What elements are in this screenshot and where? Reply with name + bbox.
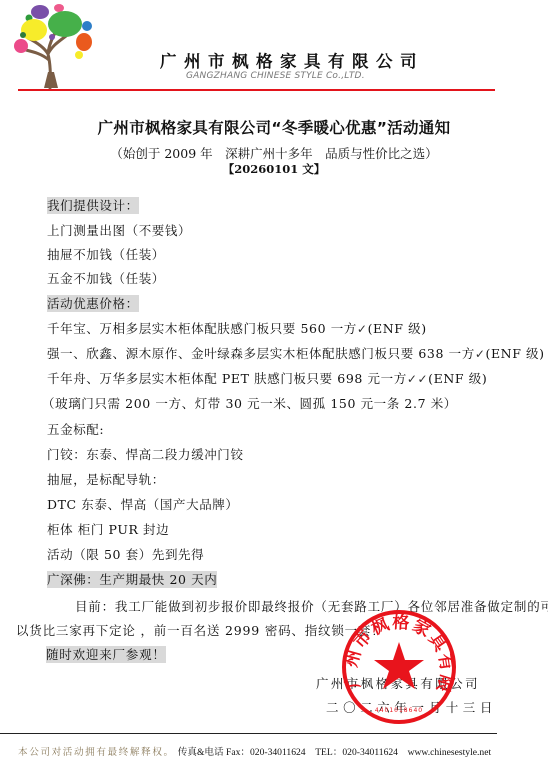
tree-logo-icon <box>14 2 92 90</box>
design-heading: 我们提供设计： <box>47 196 139 214</box>
price-item: 千年宝、万相多层实木柜体配肤感门板只要 560 一方✓(ENF 级) <box>47 319 427 337</box>
design-item: 上门测量出图（不要钱） <box>47 221 191 239</box>
design-item: 抽屉不加钱（任装） <box>47 245 165 263</box>
hardware-item: 抽屉，是标配导轨： <box>47 470 165 488</box>
hardware-item: 门铰：东泰、悍高二段力缓冲门铰 <box>47 445 244 463</box>
footer-disclaimer: 本公司对活动拥有最终解释权。 <box>18 747 175 758</box>
hardware-item: DTC 东泰、悍高（国产大品牌） <box>47 495 239 513</box>
header-divider <box>18 89 495 91</box>
notice-title: 广州市枫格家具有限公司“冬季暖心优惠”活动通知 <box>0 116 548 138</box>
closing-paragraph: 以货比三家再下定论 ，前一百名送 2999 密码、指纹锁一套！ <box>16 621 385 639</box>
footer: 本公司对活动拥有最终解释权。 传真&电话 Fax：020-34011624 TE… <box>18 744 491 758</box>
price-item: 千年舟、万华多层实木柜体配 PET 肤感门板只要 698 元一方✓✓(ENF 级… <box>47 369 487 387</box>
hardware-item: 活动（限 50 套）先到先得 <box>47 545 204 563</box>
footer-contact: 传真&电话 Fax：020-34011624 TEL：020-34011624 … <box>178 747 491 758</box>
company-name-en: GANGZHANG CHINESE STYLE Co.,LTD. <box>186 71 365 81</box>
closing-paragraph: 目前：我工厂能做到初步报价即最终报价（无套路工厂）各位邻居准备做定制的可 <box>75 597 548 615</box>
closing-welcome: 随时欢迎来厂参观！ <box>46 645 166 663</box>
notice-subtitle: （始创于 2009 年 深耕广州十多年 品质与性价比之选） <box>0 144 548 162</box>
doc-number: 【20260101 文】 <box>0 161 548 177</box>
hardware-heading: 五金标配: <box>47 420 104 438</box>
delivery-note: 广深佛：生产期最快 20 天内 <box>47 570 217 588</box>
price-note: （玻璃门只需 200 一方、灯带 30 元一米、圆孤 150 元一条 2.7 米… <box>42 394 457 412</box>
company-seal-icon: 广州市枫格家具有限公司 4401018640 <box>340 608 458 726</box>
svg-text:4401018640: 4401018640 <box>375 707 423 714</box>
price-heading: 活动优惠价格： <box>47 294 139 312</box>
hardware-item: 柜体 柜门 PUR 封边 <box>47 520 169 538</box>
footer-divider <box>0 733 497 734</box>
design-item: 五金不加钱（任装） <box>47 269 165 287</box>
check-icon: ✓ <box>357 322 368 336</box>
check-icon: ✓ <box>475 347 486 361</box>
price-item: 强一、欣鑫、源木原作、金叶绿森多层实木柜体配肤感门板只要 638 一方✓(ENF… <box>47 344 545 362</box>
check-icon: ✓✓ <box>407 372 428 386</box>
company-name-cn: 广州市枫格家具有限公司 <box>160 48 424 72</box>
